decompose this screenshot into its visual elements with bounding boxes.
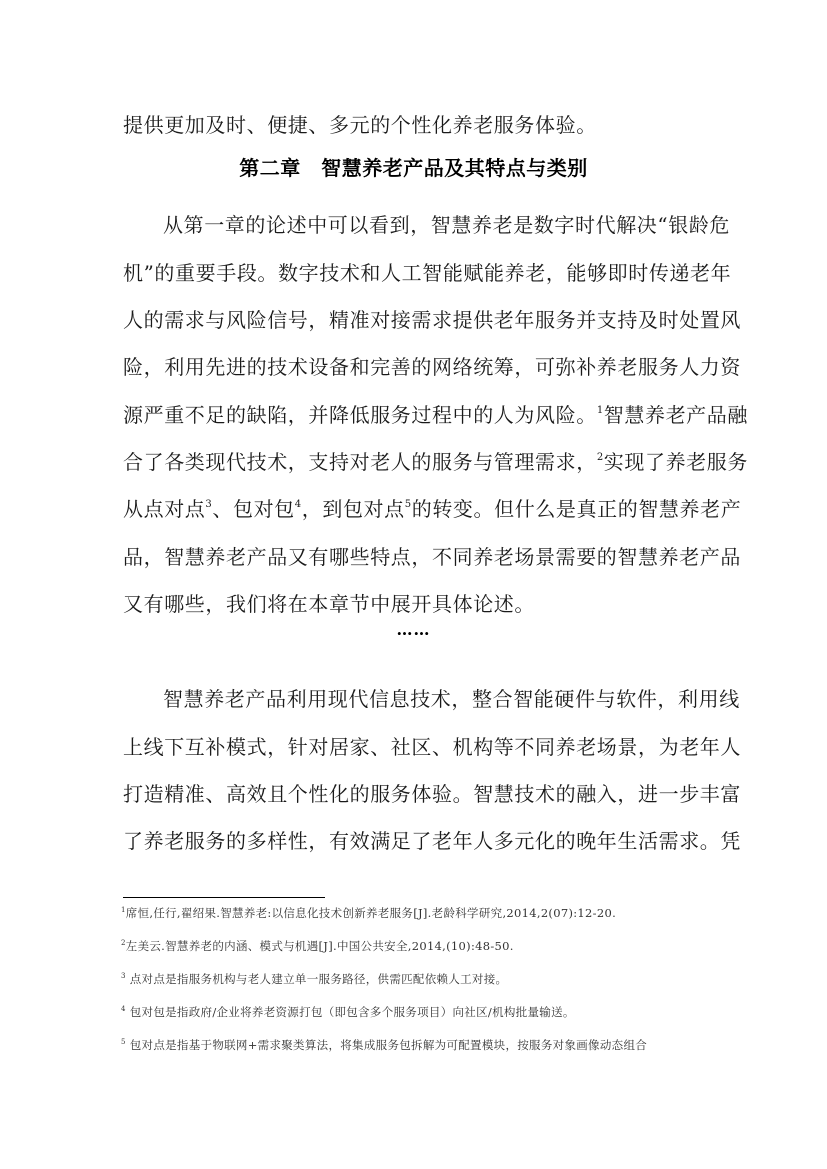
footnote-4: 4 包对包是指政府/企业将养老资源打包（即包含多个服务项目）向社区/机构批量输送… (121, 1005, 741, 1019)
paragraph-line: 机”的重要手段。数字技术和人工智能赋能养老，能够即时传递老年 (123, 261, 703, 285)
section-ellipsis: …… (0, 620, 827, 639)
footnote-ref-4[interactable]: 4 (295, 499, 302, 510)
paragraph-line: 打造精准、高效且个性化的服务体验。智慧技术的融入，进一步丰富 (123, 782, 703, 806)
footnote-5: 5 包对点是指基于物联网+需求聚类算法，将集成服务包拆解为可配置模块，按服务对象… (121, 1038, 741, 1052)
footnote-ref-1[interactable]: 1 (597, 405, 604, 416)
footnote-text: 点对点是指服务机构与老人建立单一服务路径，供需匹配依赖人工对接。 (126, 972, 508, 986)
footnote-separator (123, 897, 325, 898)
footnote-ref-2[interactable]: 2 (597, 452, 604, 463)
paragraph-line: 从第一章的论述中可以看到，智慧养老是数字时代解决“银龄危 (163, 213, 703, 237)
paragraph-line: 源严重不足的缺陷，并降低服务过程中的人为风险。1智慧养老产品融 (123, 403, 703, 427)
footnote-ref-5[interactable]: 5 (405, 499, 412, 510)
paragraph-line: 了养老服务的多样性，有效满足了老年人多元化的晚年生活需求。凭 (123, 829, 703, 853)
text-segment: 实现了养老服务 (604, 450, 748, 474)
paragraph-line: 品，智慧养老产品又有哪些特点，不同养老场景需要的智慧养老产品 (123, 545, 703, 569)
footnote-2: 2左美云.智慧养老的内涵、模式与机遇[J].中国公共安全,2014,(10):4… (121, 939, 741, 953)
footnote-text: 包对点是指基于物联网+需求聚类算法，将集成服务包拆解为可配置模块，按服务对象画像… (126, 1038, 647, 1052)
document-page: 提供更加及时、便捷、多元的个性化养老服务体验。 第二章 智慧养老产品及其特点与类… (0, 0, 827, 1169)
paragraph-line: 合了各类现代技术，支持对老人的服务与管理需求，2实现了养老服务 (123, 450, 703, 474)
paragraph-line: 险，利用先进的技术设备和完善的网络统筹，可弥补养老服务人力资 (123, 355, 703, 379)
footnote-text: 左美云.智慧养老的内涵、模式与机遇[J].中国公共安全,2014,(10):48… (126, 939, 514, 953)
paragraph-line: 智慧养老产品利用现代信息技术，整合智能硬件与软件，利用线 (163, 687, 703, 711)
text-segment: 、包对包 (212, 497, 294, 521)
text-segment: 从点对点 (123, 497, 205, 521)
paragraph-line: 人的需求与风险信号，精准对接需求提供老年服务并支持及时处置风 (123, 308, 703, 332)
text-segment: 智慧养老产品融 (604, 403, 748, 427)
text-segment: 的转变。但什么是真正的智慧养老产 (412, 497, 742, 521)
text-segment: 源严重不足的缺陷，并降低服务过程中的人为风险。 (123, 403, 597, 427)
chapter-heading: 第二章 智慧养老产品及其特点与类别 (0, 156, 827, 180)
paragraph-line: 从点对点3、包对包4，到包对点5的转变。但什么是真正的智慧养老产 (123, 497, 703, 521)
footnote-1: 1席恒,任行,翟绍果.智慧养老:以信息化技术创新养老服务[J].老龄科学研究,2… (121, 906, 741, 920)
footnote-text: 席恒,任行,翟绍果.智慧养老:以信息化技术创新养老服务[J].老龄科学研究,20… (126, 906, 616, 920)
text-segment: ，到包对点 (302, 497, 405, 521)
footnote-3: 3 点对点是指服务机构与老人建立单一服务路径，供需匹配依赖人工对接。 (121, 972, 741, 986)
text-segment: 合了各类现代技术，支持对老人的服务与管理需求， (123, 450, 597, 474)
intro-line: 提供更加及时、便捷、多元的个性化养老服务体验。 (123, 113, 703, 137)
footnote-text: 包对包是指政府/企业将养老资源打包（即包含多个服务项目）向社区/机构批量输送。 (126, 1005, 575, 1019)
paragraph-line: 上线下互补模式，针对居家、社区、机构等不同养老场景，为老年人 (123, 735, 703, 759)
paragraph-line: 又有哪些，我们将在本章节中展开具体论述。 (123, 592, 703, 616)
